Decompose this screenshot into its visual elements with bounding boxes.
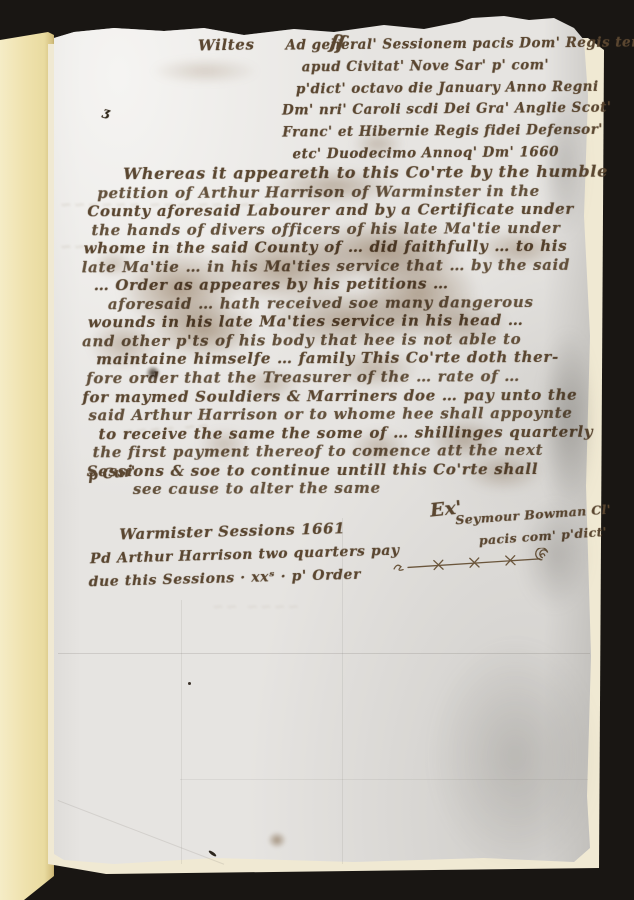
fold-line xyxy=(181,600,182,864)
ink-stain xyxy=(198,428,250,460)
water-stain xyxy=(540,90,586,240)
water-stain xyxy=(430,640,600,870)
ampersand-squiggle xyxy=(394,565,403,570)
fold-line xyxy=(58,653,590,654)
ink-stain xyxy=(462,450,544,492)
county-label: Wiltes xyxy=(198,36,255,55)
ink-blot-dark xyxy=(146,366,160,380)
ink-stain xyxy=(328,348,420,390)
water-stain xyxy=(540,330,596,510)
ink-stain xyxy=(88,318,160,370)
ink-stain xyxy=(268,832,286,848)
ink-stain xyxy=(352,130,404,158)
ink-stain xyxy=(474,228,566,270)
ink-stain xyxy=(268,168,398,204)
fold-line xyxy=(342,518,343,864)
album-guard-page-edge xyxy=(0,30,54,900)
fold-line xyxy=(180,779,588,780)
ink-stain xyxy=(150,58,260,84)
body-line: said Arthur Harrison or to whome hee sha… xyxy=(88,404,609,425)
heading-line: apud Civitat' Nove Sar' p' com' xyxy=(302,54,634,79)
ink-stain xyxy=(148,298,260,360)
ink-stain xyxy=(93,250,135,278)
ink-speck xyxy=(188,682,191,685)
heading-line: p'dict' octavo die January Anno Regni xyxy=(296,76,634,101)
ink-stain xyxy=(418,298,510,350)
show-through-scribble: ~~~~ ~~ xyxy=(210,598,299,617)
heading-line: Ad general' Sessionem pacis Dom' Regis t… xyxy=(285,32,634,57)
photograph-background: ~~~~~ ~~~ ~~~~~~ ~~~ ~~~~~ ~~~ ~~ ~~~~ ~… xyxy=(0,0,634,900)
ink-stain xyxy=(348,428,410,466)
sessions-payment-note: Warmister Sessions 1661 Pd Arthur Harris… xyxy=(87,516,401,595)
ink-stain xyxy=(238,368,300,400)
water-stain xyxy=(520,500,590,610)
